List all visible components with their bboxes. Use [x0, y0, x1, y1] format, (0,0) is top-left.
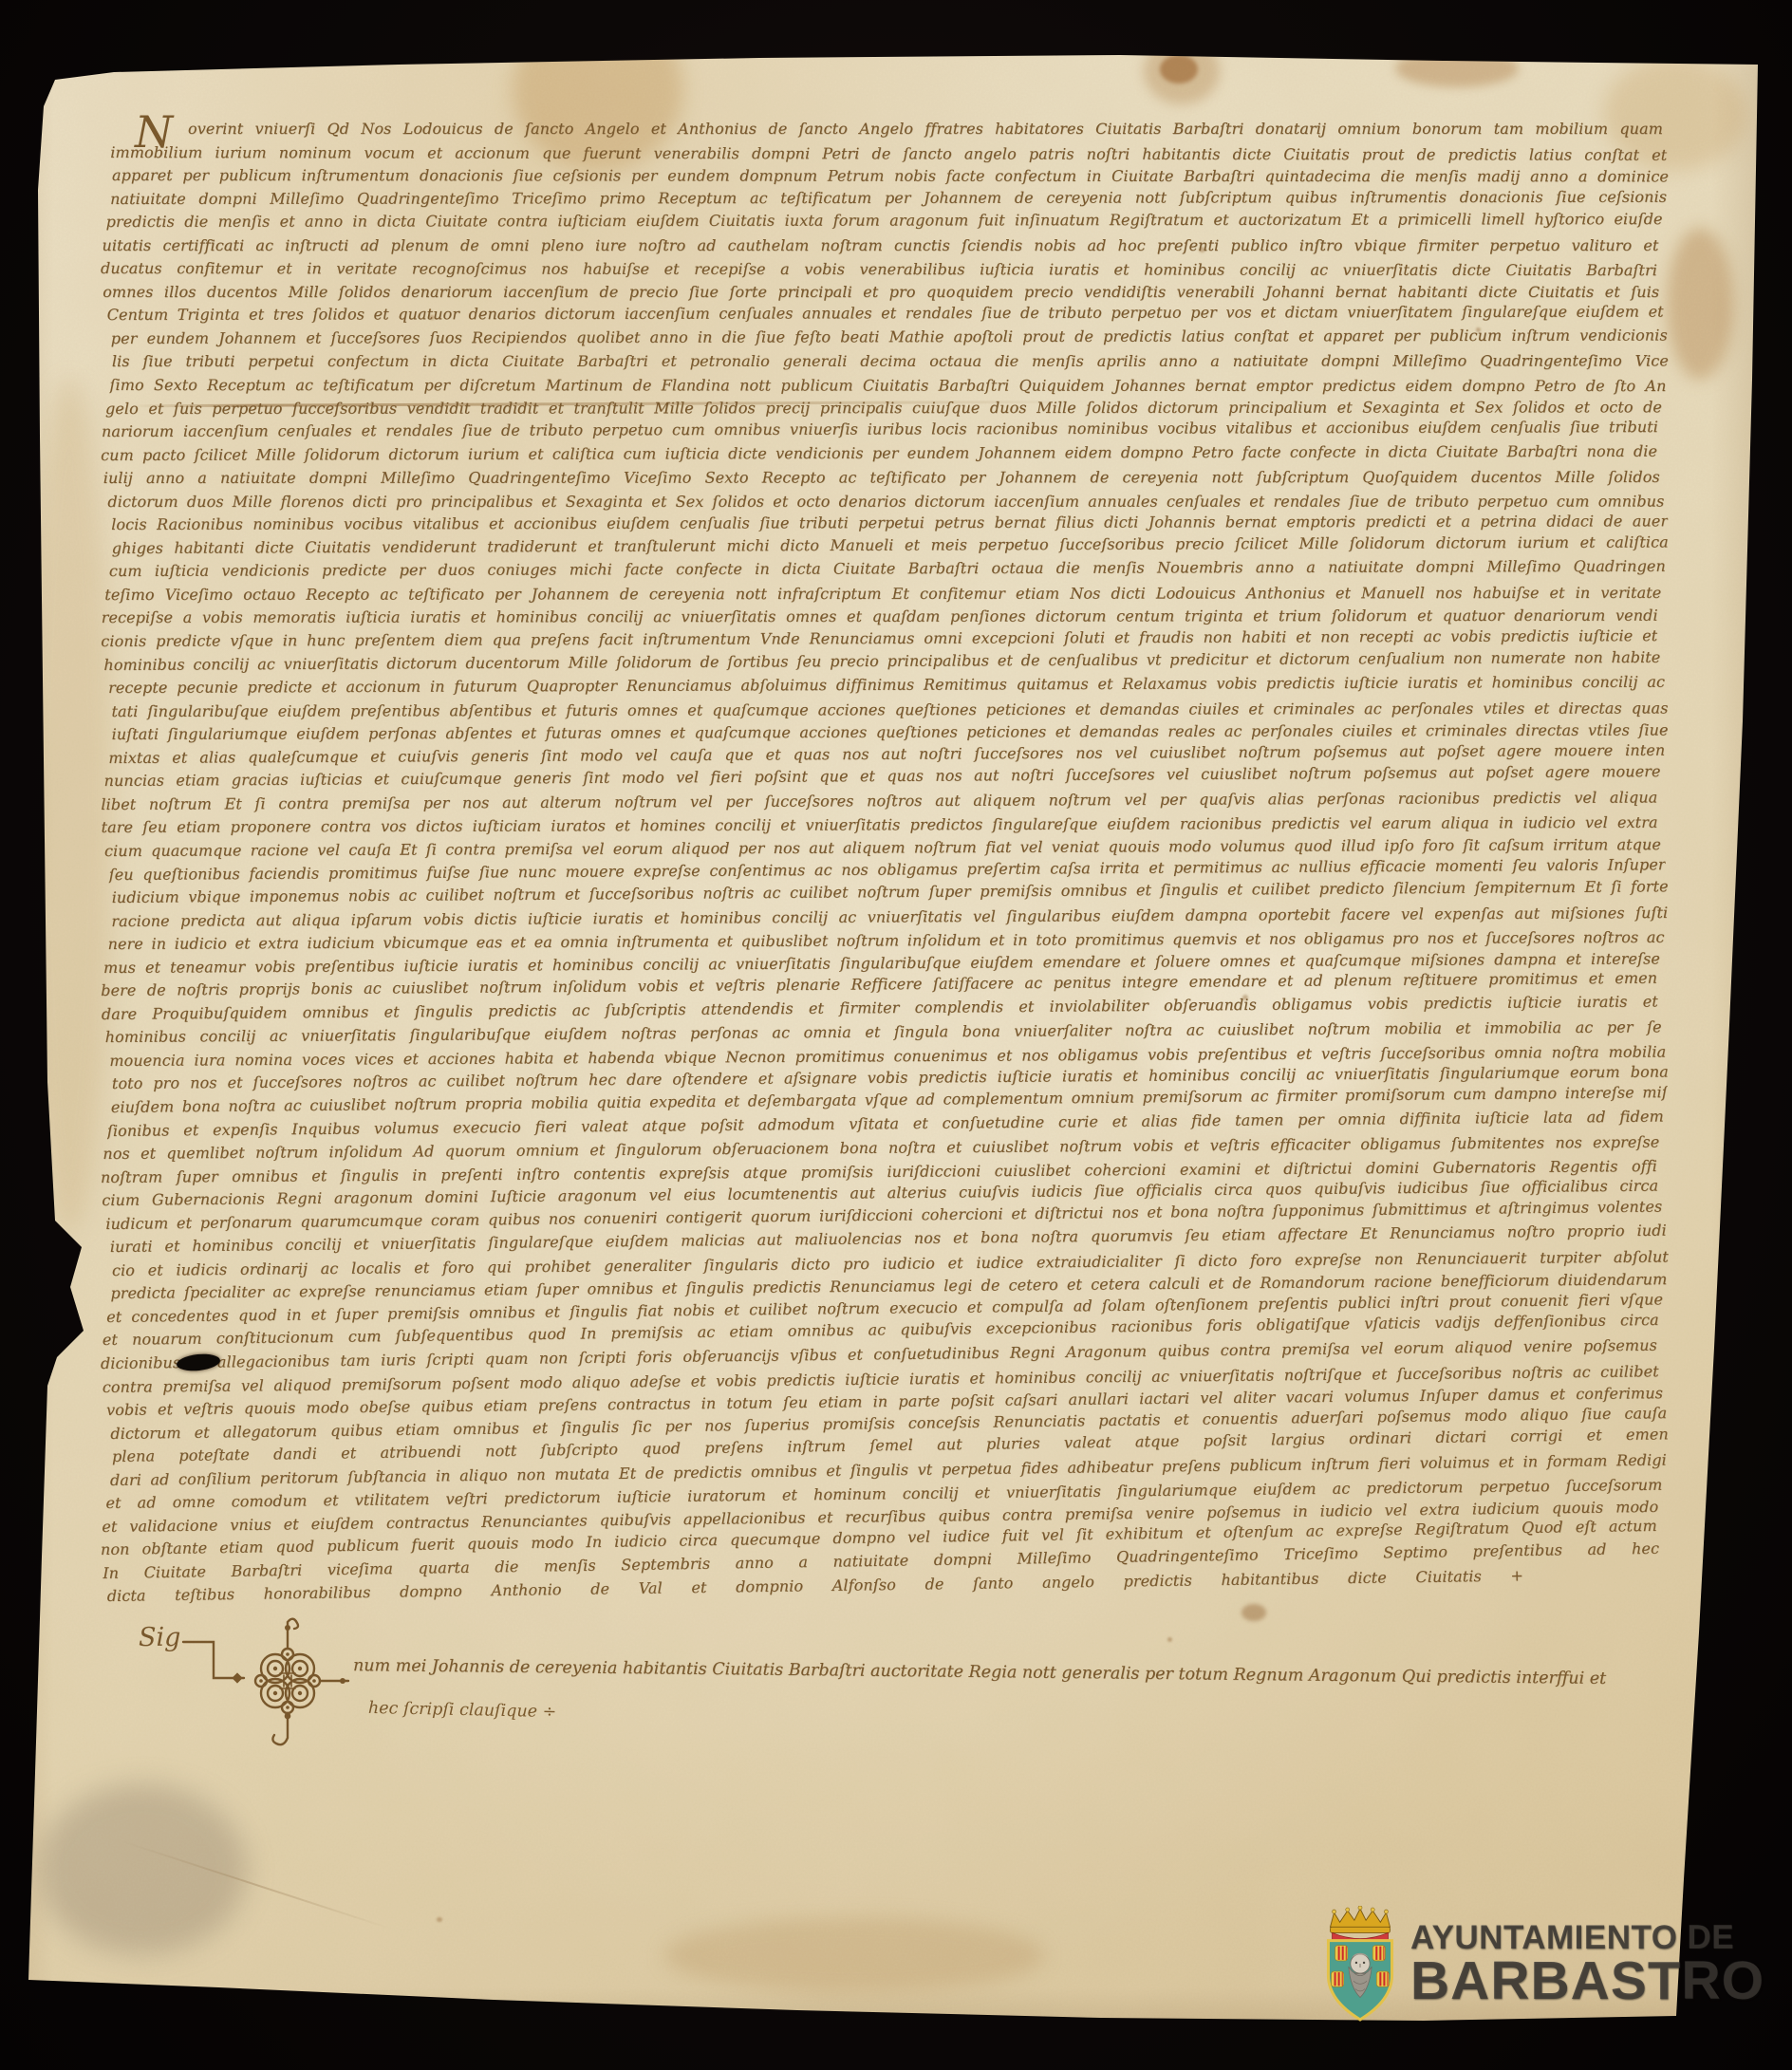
manuscript-line: natiuitate dompni Milleſimo Quadringente…: [110, 187, 1667, 213]
manuscript-line: overint vniuerſi Qd Nos Lodouicus de ſan…: [106, 120, 1663, 143]
photo-background: N overint vniuerſi Qd Nos Lodouicus de ſ…: [0, 0, 1792, 2070]
manuscript-line: cum iuſticia vendicionis predicte per du…: [109, 557, 1666, 586]
manuscript-line: lis ſiue tributi perpetui confectum in d…: [112, 352, 1669, 376]
manuscript-line: per eundem Johannem et ſucceſsores ſuos …: [111, 326, 1668, 352]
archive-watermark: AYUNTAMIENTO DE BARBASTRO: [1321, 1906, 1764, 2023]
stain: [1144, 38, 1220, 104]
manuscript-line: Centum Triginta et tres ſolidos et quatu…: [107, 303, 1664, 329]
manuscript-line: apparet per publicum inſtrumentum donaci…: [112, 166, 1669, 191]
manuscript-line: iulij anno a natiuitate dompni Milleſimo…: [103, 468, 1660, 493]
stain: [1667, 228, 1733, 380]
notary-subscription-line1: num mei Johannis de cereyenia habitantis…: [353, 1656, 1606, 1688]
parchment-sheet: N overint vniuerſi Qd Nos Lodouicus de ſ…: [0, 0, 1792, 2070]
stain: [1395, 49, 1519, 87]
manuscript-line: recepte pecunie predicte et accionum in …: [108, 673, 1665, 702]
notarial-sign-knot-icon: [128, 1609, 384, 1761]
manuscript-line: nariorum iaccenſium cenſuales et rendale…: [102, 418, 1658, 445]
watermark-city: BARBASTRO: [1410, 1955, 1764, 2006]
manuscript-line: predictis die menſis et anno in dicta Ci…: [106, 210, 1663, 235]
manuscript-line: cum pacto ſcilicet Mille ſolidorum dicto…: [101, 441, 1657, 469]
stain: [27, 380, 112, 1234]
stain: [664, 1917, 1044, 1993]
manuscript-line: ducatus confitemur et in veritate recogn…: [101, 259, 1657, 285]
notary-subscription-line2: hec ſcripſi clauſique ÷: [368, 1699, 557, 1722]
stain: [437, 1917, 442, 1922]
stain: [1167, 1637, 1172, 1642]
manuscript-text: overint vniuerſi Qd Nos Lodouicus de ſan…: [106, 120, 1663, 1611]
manuscript-line: teſimo Viceſimo octauo Recepto ac teſtif…: [104, 584, 1661, 609]
manuscript-line: immobilium iurium nominum vocum et accio…: [110, 143, 1667, 169]
manuscript-line: ſimo Sexto Receptum ac teſtificatum per …: [109, 376, 1666, 401]
manuscript-line: uitatis certifficati ac inſtructi ad ple…: [102, 236, 1658, 260]
crease-line: [121, 1840, 392, 1930]
stain: [1160, 55, 1198, 84]
barbastro-crest-icon: [1321, 1906, 1399, 2023]
